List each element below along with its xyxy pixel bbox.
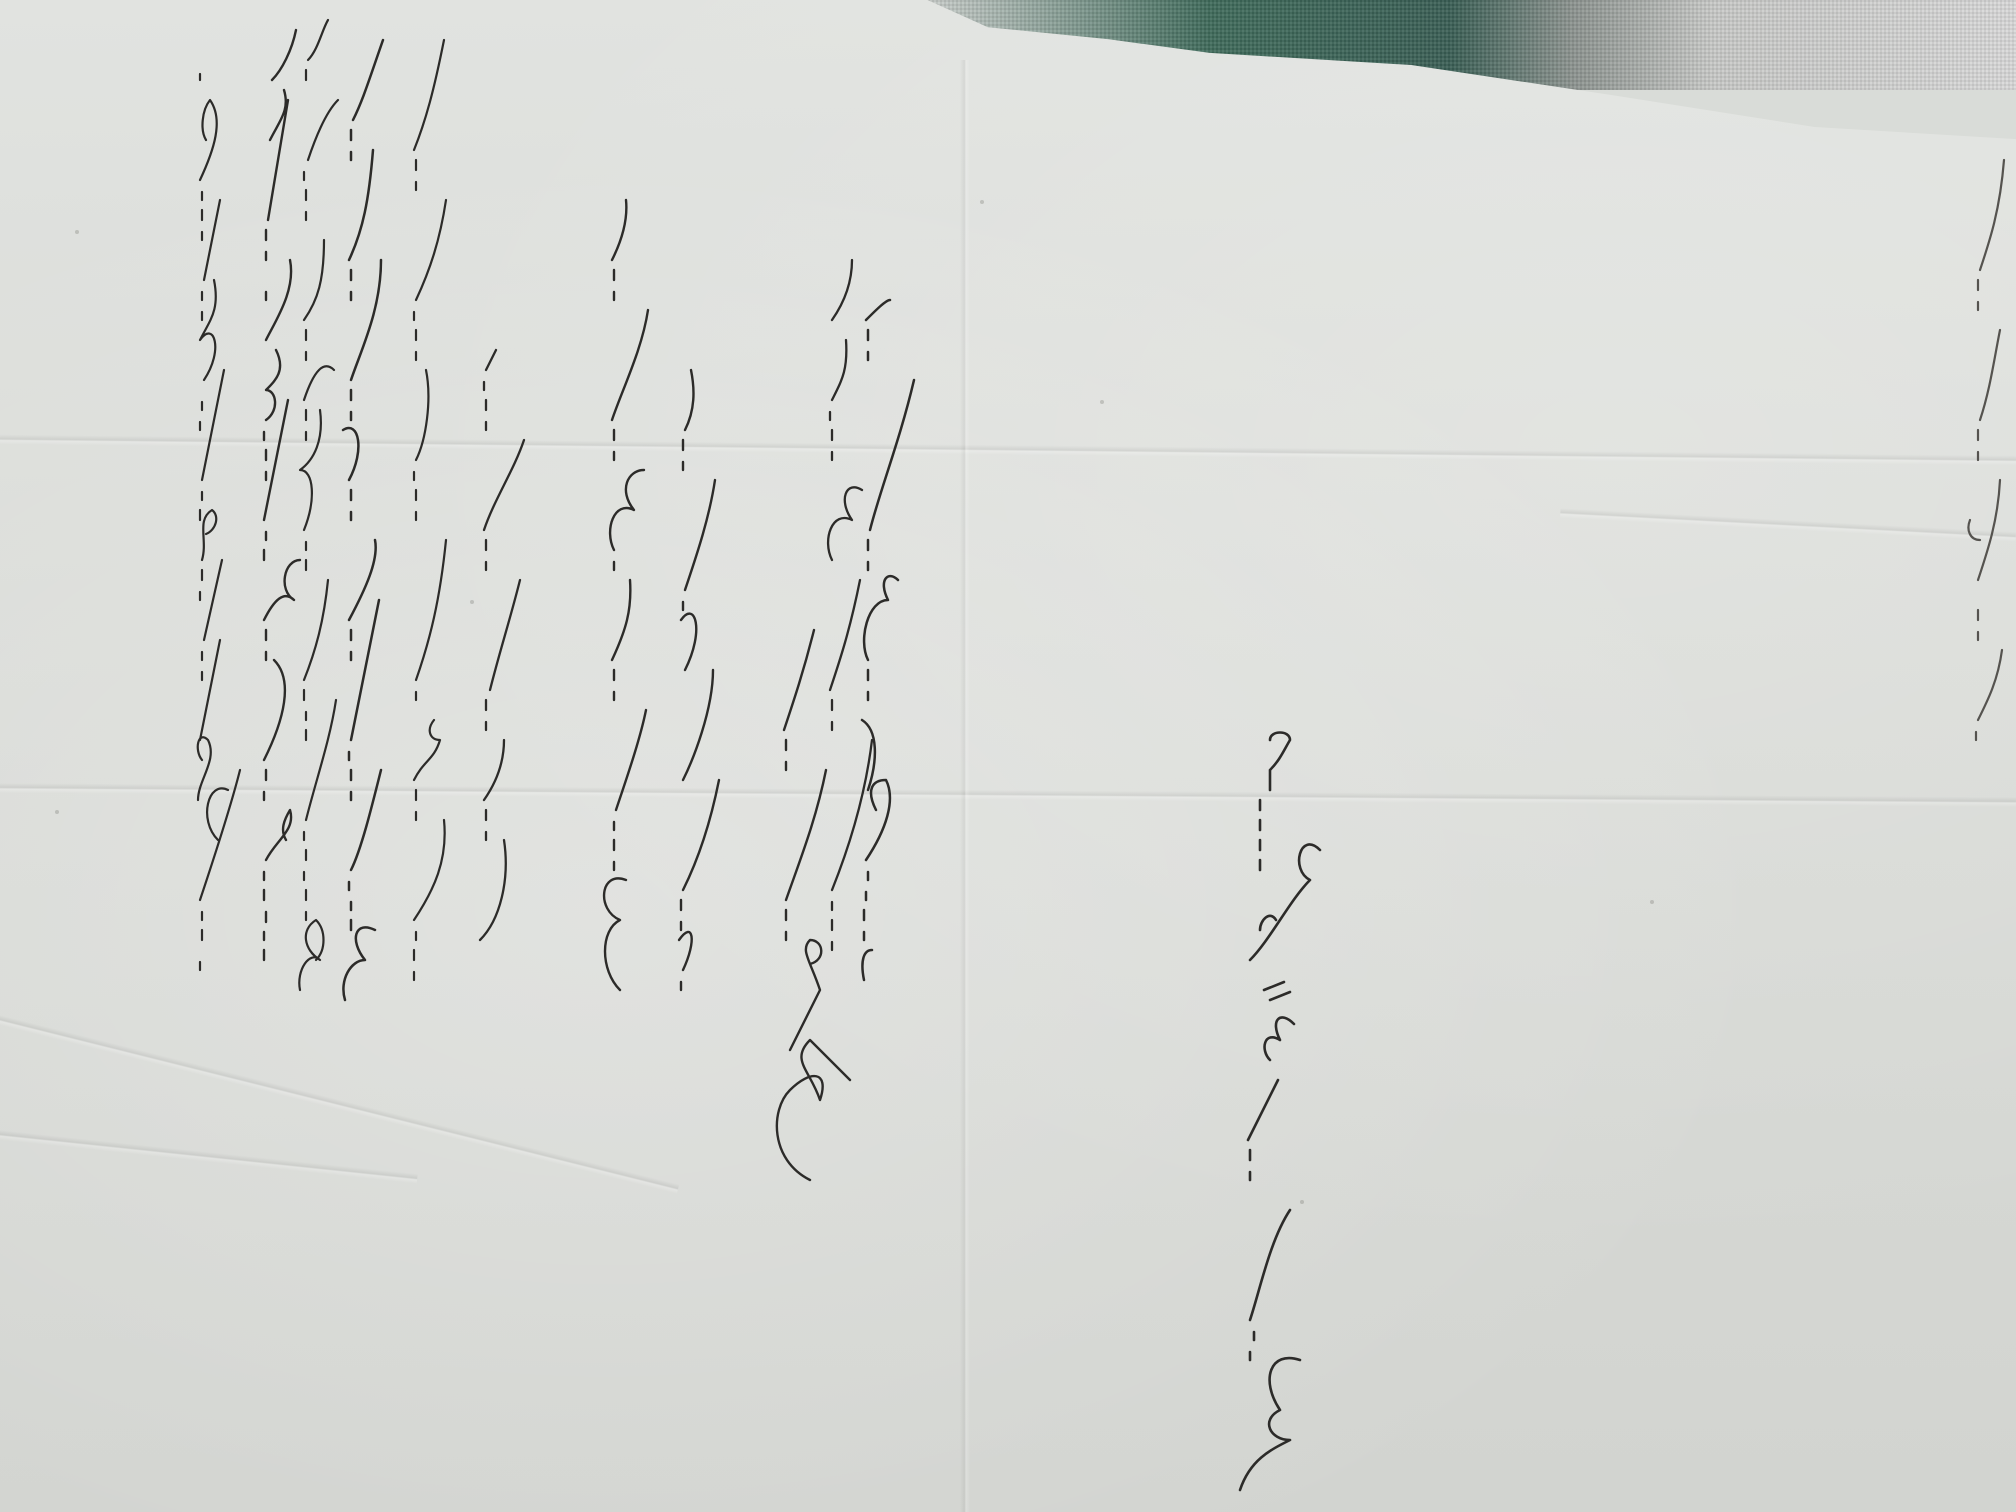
letter-paper	[0, 0, 2016, 1512]
paper-speck	[1650, 900, 1654, 904]
paper-speck	[980, 200, 984, 204]
paper-speck	[1300, 1200, 1304, 1204]
paper-speck	[1100, 400, 1104, 404]
paper-speck	[470, 600, 474, 604]
paper-speck	[55, 810, 59, 814]
paper-speck	[75, 230, 79, 234]
